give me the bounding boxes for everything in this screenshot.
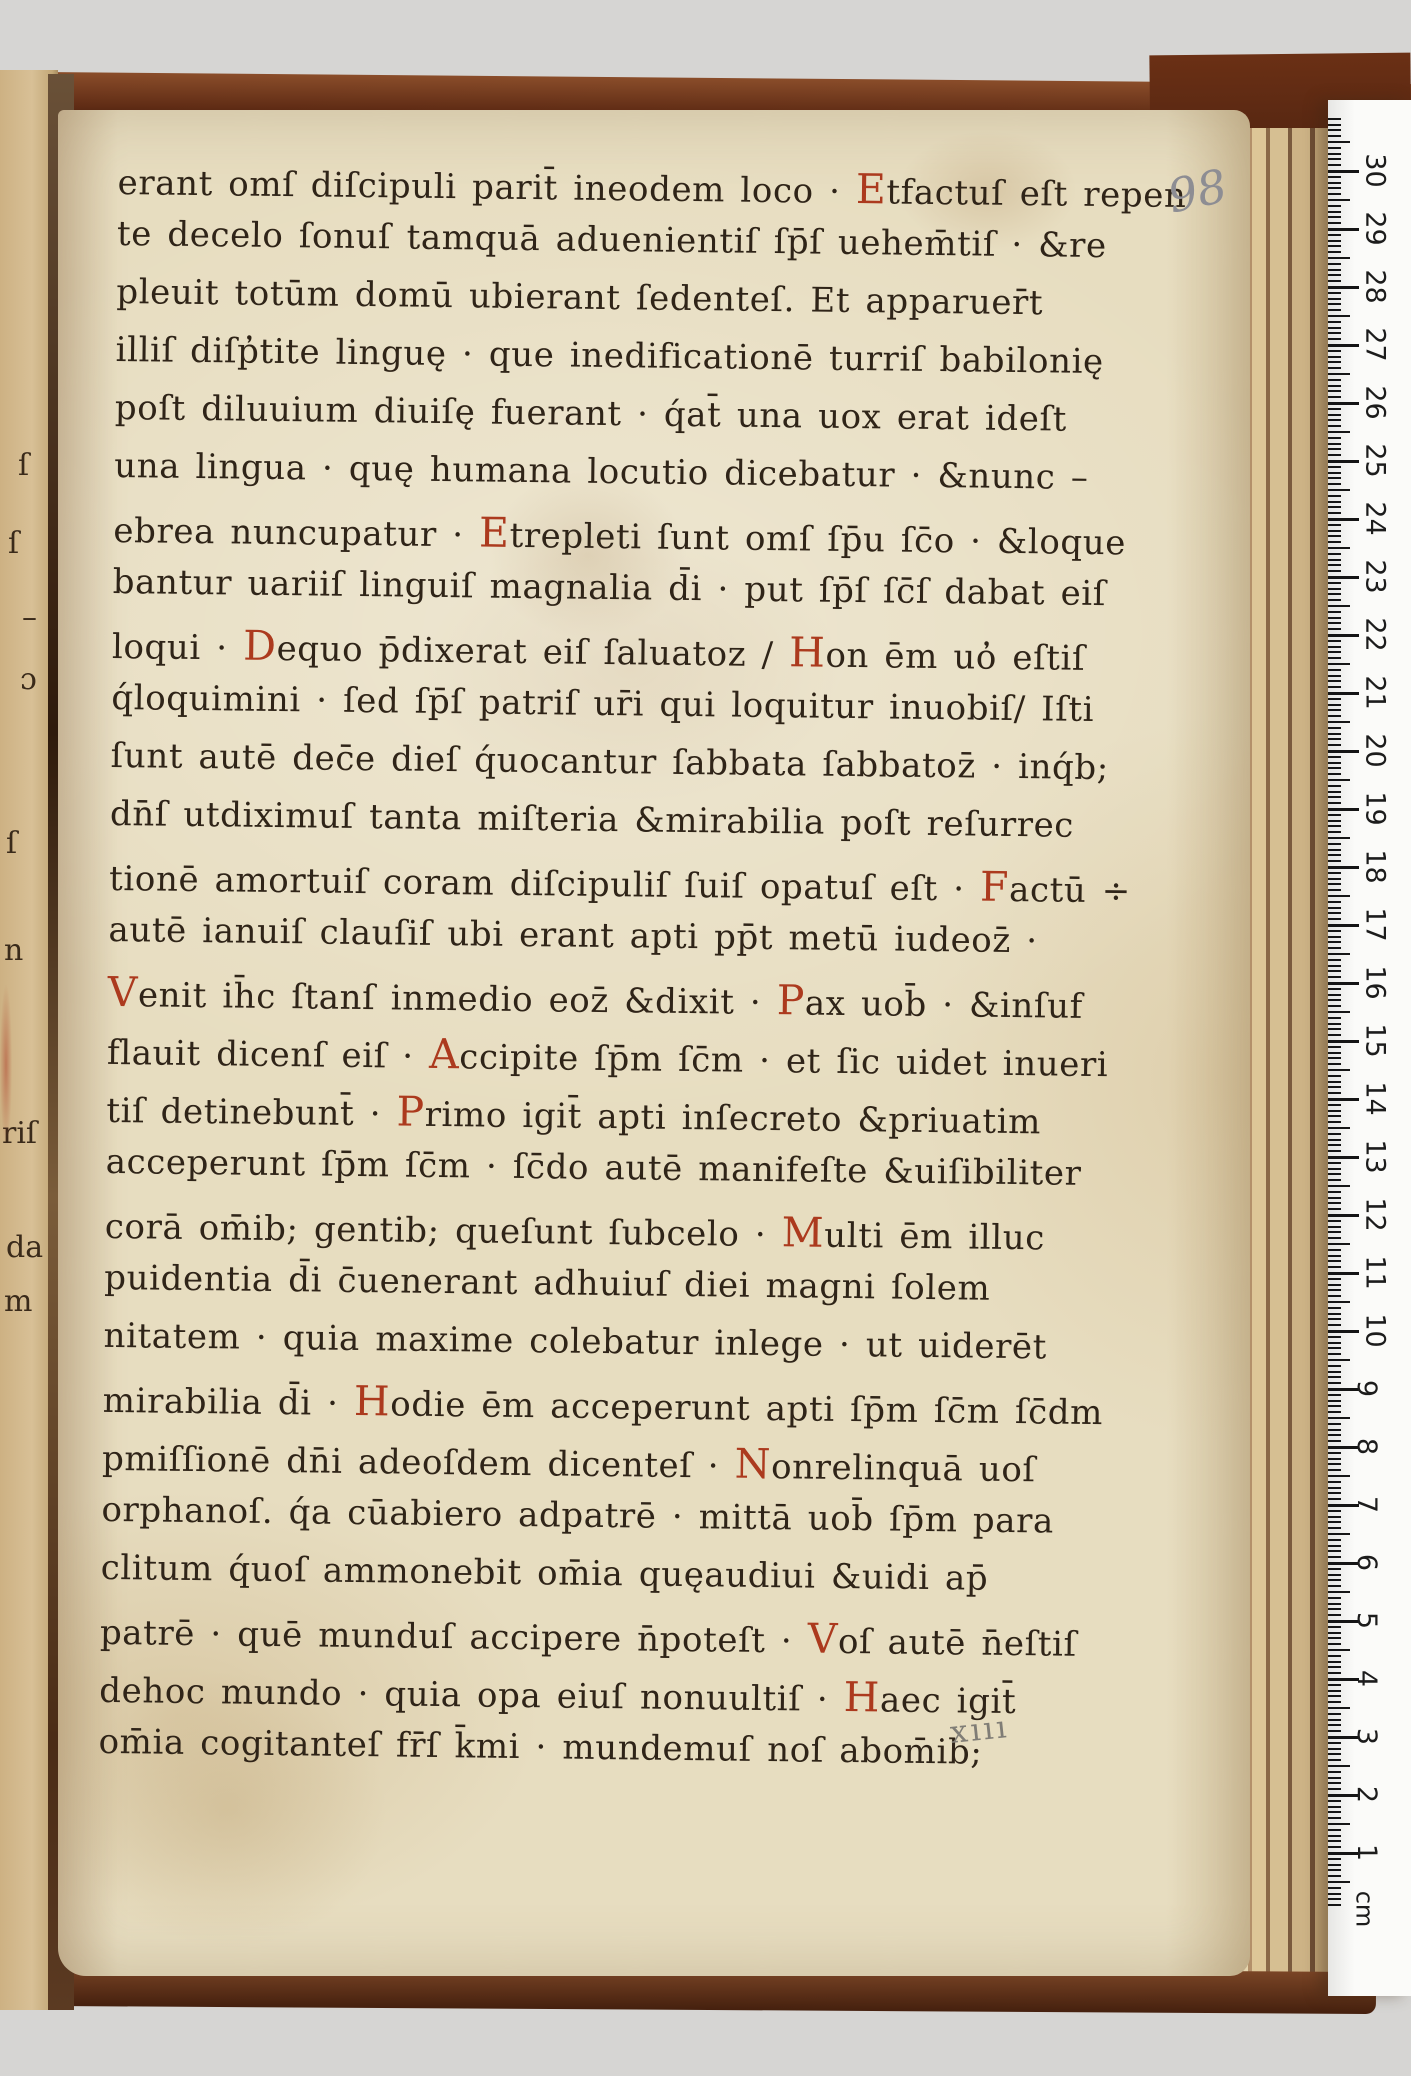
ruler-tick bbox=[1328, 153, 1341, 155]
ink-text: tiſ detinebunt̄ · bbox=[106, 1091, 397, 1135]
ruler-tick bbox=[1328, 1307, 1341, 1309]
ruler-tick bbox=[1328, 1353, 1341, 1355]
ruler-tick bbox=[1328, 1881, 1350, 1883]
ink-text: flauit dicenſ eiſ · bbox=[107, 1033, 430, 1077]
ruler-tick bbox=[1328, 1092, 1341, 1094]
ruler-number: 8 bbox=[1351, 1438, 1382, 1455]
ink-text: patrē · quē munduſ accipere n̄poteſt · bbox=[100, 1613, 808, 1662]
rubric-initial: V bbox=[107, 968, 138, 1016]
ruler-tick bbox=[1328, 1875, 1341, 1877]
ruler-tick bbox=[1328, 1568, 1341, 1570]
ruler-number: 7 bbox=[1351, 1496, 1382, 1513]
ruler-tick bbox=[1328, 1028, 1341, 1030]
ruler-tick bbox=[1328, 1707, 1350, 1709]
ruler-tick bbox=[1328, 779, 1350, 781]
ink-text: dehoc mundo · quia opa eiuſ nonuultiſ · bbox=[99, 1671, 844, 1720]
ruler-tick bbox=[1328, 454, 1341, 456]
ruler-tick bbox=[1328, 657, 1341, 659]
ink-text: equo p̄dixerat eiſ ſaluatoz / bbox=[276, 629, 789, 675]
ruler-tick bbox=[1328, 1017, 1341, 1019]
ruler-tick bbox=[1328, 1330, 1359, 1333]
ruler-tick bbox=[1328, 228, 1359, 231]
ruler-tick bbox=[1328, 379, 1341, 381]
ruler-tick bbox=[1328, 1603, 1341, 1605]
ruler-tick bbox=[1328, 767, 1341, 769]
ruler-tick bbox=[1328, 750, 1359, 753]
ruler-tick bbox=[1328, 1533, 1350, 1535]
ruler-tick bbox=[1328, 1475, 1350, 1477]
ruler-tick bbox=[1328, 1597, 1341, 1599]
ruler-tick bbox=[1328, 628, 1341, 630]
ruler-tick bbox=[1328, 495, 1341, 497]
ruler-number: 22 bbox=[1360, 617, 1391, 651]
ruler-tick bbox=[1328, 1632, 1341, 1634]
ruler-tick bbox=[1328, 321, 1341, 323]
ruler-tick bbox=[1328, 141, 1350, 143]
ruler-tick bbox=[1328, 1579, 1341, 1581]
ruler-number: 26 bbox=[1360, 385, 1391, 419]
ruler-tick bbox=[1328, 675, 1341, 677]
ruler-tick bbox=[1328, 582, 1341, 584]
ruler-tick bbox=[1328, 129, 1341, 131]
ruler-tick bbox=[1328, 559, 1341, 561]
ruler-tick bbox=[1328, 257, 1350, 259]
ruler-tick bbox=[1328, 1498, 1341, 1500]
ruler-tick bbox=[1328, 356, 1341, 358]
ruler-tick bbox=[1328, 1069, 1350, 1071]
ruler-tick bbox=[1328, 1202, 1341, 1204]
ruler-tick bbox=[1328, 1394, 1341, 1396]
ruler-tick bbox=[1328, 506, 1341, 508]
ruler-tick bbox=[1328, 1869, 1341, 1871]
ruler-tick bbox=[1328, 889, 1341, 891]
ruler-tick bbox=[1328, 425, 1341, 427]
ruler-tick bbox=[1328, 849, 1341, 851]
ruler-tick bbox=[1328, 1127, 1350, 1129]
ink-text: rimo igit̄ apti inſecreto &priuatim bbox=[424, 1095, 1041, 1143]
ruler-tick bbox=[1328, 530, 1341, 532]
ruler-tick bbox=[1328, 1121, 1341, 1123]
ink-text: onrelinquā uoſ bbox=[771, 1447, 1036, 1490]
ruler-tick bbox=[1328, 135, 1341, 137]
ruler-tick bbox=[1328, 419, 1341, 421]
ruler-tick bbox=[1328, 1075, 1341, 1077]
ruler-tick bbox=[1328, 1817, 1341, 1819]
ruler-tick bbox=[1328, 1168, 1341, 1170]
ruler-tick bbox=[1328, 1858, 1341, 1860]
ruler-tick bbox=[1328, 350, 1341, 352]
ruler-tick bbox=[1328, 808, 1359, 811]
ruler-tick bbox=[1328, 715, 1341, 717]
ruler-number: 29 bbox=[1360, 211, 1391, 245]
ruler-tick bbox=[1328, 802, 1341, 804]
ruler-tick bbox=[1328, 570, 1341, 572]
ruler-tick bbox=[1328, 1626, 1341, 1628]
ruler-number: 16 bbox=[1360, 965, 1391, 999]
ruler-tick bbox=[1328, 367, 1341, 369]
ruler-tick bbox=[1328, 1614, 1341, 1616]
ruler-tick bbox=[1328, 930, 1341, 932]
ruler-tick bbox=[1328, 1713, 1341, 1715]
ruler-tick bbox=[1328, 1208, 1341, 1210]
ruler-tick bbox=[1328, 408, 1341, 410]
ruler-tick bbox=[1328, 785, 1341, 787]
ruler-tick bbox=[1328, 599, 1341, 601]
ruler-tick bbox=[1328, 953, 1350, 955]
ruler-tick bbox=[1328, 541, 1341, 543]
ink-text: tionē amortuiſ coram diſcipuliſ ſuiſ opa… bbox=[109, 859, 980, 910]
ruler-tick bbox=[1328, 959, 1341, 961]
ruler-tick bbox=[1328, 611, 1341, 613]
ruler-tick bbox=[1328, 385, 1341, 387]
ruler-tick bbox=[1328, 1081, 1341, 1083]
ruler-tick bbox=[1328, 1574, 1341, 1576]
ruler-tick bbox=[1328, 796, 1341, 798]
ruler-tick bbox=[1328, 1840, 1341, 1842]
ruler-tick bbox=[1328, 1336, 1341, 1338]
stub-letter-fragment: m bbox=[4, 1284, 32, 1319]
ruler-tick bbox=[1328, 1220, 1341, 1222]
ruler-tick bbox=[1328, 1765, 1350, 1767]
ruler-tick bbox=[1328, 187, 1341, 189]
ruler-tick bbox=[1328, 698, 1341, 700]
ruler-tick bbox=[1328, 437, 1341, 439]
ruler-tick bbox=[1328, 1133, 1341, 1135]
ink-text: tfactuſ eſt repen bbox=[886, 172, 1187, 216]
ruler-tick bbox=[1328, 1777, 1341, 1779]
ruler-tick bbox=[1328, 1521, 1341, 1523]
ruler-tick bbox=[1328, 1440, 1341, 1442]
ruler-tick bbox=[1328, 733, 1341, 735]
ruler-tick bbox=[1328, 205, 1341, 207]
ruler-tick bbox=[1328, 524, 1341, 526]
ruler-tick bbox=[1328, 831, 1341, 833]
ruler-tick bbox=[1328, 1260, 1341, 1262]
ruler-tick bbox=[1328, 1324, 1341, 1326]
ruler-tick bbox=[1328, 1458, 1341, 1460]
measuring-ruler: 3029282726252423222120191817161514131211… bbox=[1328, 100, 1411, 1996]
ruler-tick bbox=[1328, 448, 1341, 450]
ruler-tick bbox=[1328, 912, 1341, 914]
ruler-tick bbox=[1328, 309, 1341, 311]
ruler-number: 11 bbox=[1360, 1255, 1391, 1289]
ruler-tick bbox=[1328, 936, 1341, 938]
rubric-initial: M bbox=[781, 1208, 824, 1257]
ink-text: corā om̄ib; gentib; queſunt ſubcelo · bbox=[105, 1207, 782, 1255]
ruler-tick bbox=[1328, 1585, 1341, 1587]
ink-text: ulti ēm illuc bbox=[824, 1216, 1045, 1259]
ruler-number: 18 bbox=[1360, 849, 1391, 883]
ruler-number: 27 bbox=[1360, 327, 1391, 361]
ruler-tick bbox=[1328, 361, 1341, 363]
ruler-tick bbox=[1328, 1115, 1341, 1117]
ruler-tick bbox=[1328, 883, 1341, 885]
ruler-tick bbox=[1328, 1904, 1341, 1906]
ruler-tick bbox=[1328, 854, 1341, 856]
ruler-tick bbox=[1328, 994, 1341, 996]
ruler-tick bbox=[1328, 970, 1341, 972]
stub-letter-fragment: riſ bbox=[2, 1116, 37, 1151]
ruler-tick bbox=[1328, 1510, 1341, 1512]
ruler-tick bbox=[1328, 164, 1341, 166]
ruler-tick bbox=[1328, 988, 1341, 990]
stub-letter-fragment: ſ bbox=[8, 526, 19, 561]
ruler-number: 6 bbox=[1351, 1554, 1382, 1571]
ink-text: on ēm uo̓ eſtiſ bbox=[825, 636, 1085, 679]
ruler-tick bbox=[1328, 1376, 1341, 1378]
ruler-tick bbox=[1328, 756, 1341, 758]
ruler-tick bbox=[1328, 118, 1341, 120]
ruler-tick bbox=[1328, 396, 1341, 398]
rubric-initial: E bbox=[856, 165, 887, 213]
ruler-tick bbox=[1328, 1452, 1341, 1454]
ruler-tick bbox=[1328, 1771, 1341, 1773]
ruler-number: 5 bbox=[1351, 1612, 1382, 1629]
stub-letter-fragment: ſ bbox=[6, 826, 17, 861]
ruler-tick bbox=[1328, 1243, 1350, 1245]
stub-letter-fragment: da bbox=[6, 1230, 43, 1265]
ruler-tick bbox=[1328, 1226, 1341, 1228]
rubric-initial: H bbox=[354, 1377, 391, 1425]
ink-text: erant omſ diſcipuli parit̄ ineodem loco … bbox=[117, 163, 856, 212]
ruler-tick bbox=[1328, 1139, 1341, 1141]
ruler-tick bbox=[1328, 663, 1350, 665]
ruler-tick bbox=[1328, 1893, 1341, 1895]
ruler-tick bbox=[1328, 501, 1341, 503]
ruler-tick bbox=[1328, 124, 1341, 126]
rubric-initial: A bbox=[429, 1030, 460, 1078]
rubric-initial: D bbox=[243, 622, 277, 670]
ruler-number: 24 bbox=[1360, 501, 1391, 535]
ruler-tick bbox=[1328, 721, 1350, 723]
ruler-tick bbox=[1328, 1405, 1341, 1407]
ruler-tick bbox=[1328, 1469, 1341, 1471]
ruler-number: 2 bbox=[1351, 1786, 1382, 1803]
ruler-tick bbox=[1328, 1719, 1341, 1721]
ruler-tick bbox=[1328, 640, 1341, 642]
ruler-number: 9 bbox=[1351, 1380, 1382, 1397]
ruler-tick bbox=[1328, 895, 1350, 897]
ruler-tick bbox=[1328, 791, 1341, 793]
ruler-tick bbox=[1328, 199, 1350, 201]
ruler-tick bbox=[1328, 617, 1341, 619]
ruler-tick bbox=[1328, 344, 1359, 347]
ruler-tick bbox=[1328, 576, 1359, 579]
ruler-tick bbox=[1328, 245, 1341, 247]
stub-letter-fragment: ſ bbox=[18, 448, 29, 483]
ruler-number: 15 bbox=[1360, 1023, 1391, 1057]
text-block: erant omſ diſcipuli parit̄ ineodem loco … bbox=[98, 156, 1187, 1793]
ruler-tick bbox=[1328, 564, 1341, 566]
ruler-tick bbox=[1328, 443, 1341, 445]
ruler-tick bbox=[1328, 1429, 1341, 1431]
ruler-tick bbox=[1328, 274, 1341, 276]
ruler-tick bbox=[1328, 1179, 1341, 1181]
ruler-tick bbox=[1328, 1661, 1341, 1663]
ruler-tick bbox=[1328, 1823, 1350, 1825]
ruler-tick bbox=[1328, 1527, 1341, 1529]
ruler-tick bbox=[1328, 1365, 1341, 1367]
ruler-number: 17 bbox=[1360, 907, 1391, 941]
ruler-tick bbox=[1328, 651, 1341, 653]
ruler-tick bbox=[1328, 1382, 1341, 1384]
ruler-tick bbox=[1328, 918, 1341, 920]
ruler-tick bbox=[1328, 1150, 1341, 1152]
ruler-tick bbox=[1328, 924, 1359, 927]
ruler-tick bbox=[1328, 1649, 1350, 1651]
ruler-tick bbox=[1328, 1835, 1341, 1837]
ruler-tick bbox=[1328, 158, 1341, 160]
ruler-tick bbox=[1328, 965, 1341, 967]
rubric-initial: F bbox=[980, 863, 1010, 911]
ink-text: trepleti ſunt omſ ſp̄u ſc̄o · &loque bbox=[509, 516, 1126, 564]
ruler-tick bbox=[1328, 303, 1341, 305]
ruler-tick bbox=[1328, 338, 1341, 340]
ink-text: enit ih̄c ſtanſ inmedio eoz̄ &dixit · bbox=[138, 975, 777, 1023]
stub-letter-fragment: ɔ bbox=[20, 662, 37, 697]
ruler-tick bbox=[1328, 1811, 1341, 1813]
ink-text: pmiſſionē dn̄i adeoſdem dicenteſ · bbox=[102, 1439, 735, 1487]
ruler-tick bbox=[1328, 1487, 1341, 1489]
ruler-tick bbox=[1328, 193, 1341, 195]
ruler-tick bbox=[1328, 472, 1341, 474]
ruler-tick bbox=[1328, 976, 1341, 978]
ruler-tick bbox=[1328, 1347, 1341, 1349]
ruler-tick bbox=[1328, 1272, 1359, 1275]
ruler-tick bbox=[1328, 901, 1341, 903]
ruler-tick bbox=[1328, 1637, 1341, 1639]
ruler-tick bbox=[1328, 512, 1341, 514]
ruler-tick bbox=[1328, 1185, 1350, 1187]
ruler-tick bbox=[1328, 727, 1341, 729]
ink-text: ccipite ſp̄m ſc̄m · et ſic uidet inueri bbox=[459, 1037, 1108, 1085]
ruler-number: 19 bbox=[1360, 791, 1391, 825]
ruler-number: 23 bbox=[1360, 559, 1391, 593]
ruler-tick bbox=[1328, 1701, 1341, 1703]
ruler-tick bbox=[1328, 414, 1341, 416]
ruler-number: 3 bbox=[1351, 1728, 1382, 1745]
ruler-tick bbox=[1328, 1156, 1359, 1159]
ruler-tick bbox=[1328, 1110, 1341, 1112]
ruler-tick bbox=[1328, 669, 1341, 671]
ruler-number: 14 bbox=[1360, 1081, 1391, 1115]
ruler-tick bbox=[1328, 1086, 1341, 1088]
ruler-tick bbox=[1328, 1898, 1341, 1900]
ruler-tick bbox=[1328, 878, 1341, 880]
ruler-tick bbox=[1328, 1608, 1341, 1610]
ink-text: loqui · bbox=[112, 627, 244, 669]
ink-text: ebrea nuncupatur · bbox=[113, 511, 479, 555]
ruler-tick bbox=[1328, 947, 1341, 949]
ruler-tick bbox=[1328, 1545, 1341, 1547]
rubric-initial: P bbox=[776, 976, 805, 1024]
ruler-tick bbox=[1328, 211, 1341, 213]
ruler-tick bbox=[1328, 588, 1341, 590]
ruler-tick bbox=[1328, 907, 1341, 909]
ruler-tick bbox=[1328, 315, 1350, 317]
ruler-number: 10 bbox=[1360, 1313, 1391, 1347]
ruler-tick bbox=[1328, 1742, 1341, 1744]
ruler-tick bbox=[1328, 1643, 1341, 1645]
ruler-tick bbox=[1328, 634, 1359, 637]
ruler-tick bbox=[1328, 1359, 1350, 1361]
ruler-tick bbox=[1328, 1063, 1341, 1065]
ruler-tick bbox=[1328, 1417, 1350, 1419]
ruler-tick bbox=[1328, 280, 1341, 282]
ruler-tick bbox=[1328, 814, 1341, 816]
ruler-tick bbox=[1328, 1301, 1350, 1303]
ruler-tick bbox=[1328, 553, 1341, 555]
ruler-tick bbox=[1328, 1104, 1341, 1106]
ruler-tick bbox=[1328, 593, 1341, 595]
ruler-tick bbox=[1328, 866, 1359, 869]
ruler-tick bbox=[1328, 332, 1341, 334]
ruler-unit-label: cm bbox=[1350, 1891, 1378, 1928]
ruler-tick bbox=[1328, 1550, 1341, 1552]
ruler-tick bbox=[1328, 1214, 1359, 1217]
ruler-tick bbox=[1328, 1255, 1341, 1257]
ruler-tick bbox=[1328, 1098, 1359, 1101]
ruler-tick bbox=[1328, 182, 1341, 184]
ruler-tick bbox=[1328, 1052, 1341, 1054]
ruler-tick bbox=[1328, 692, 1359, 695]
ruler-tick bbox=[1328, 820, 1341, 822]
ruler-tick bbox=[1328, 1724, 1341, 1726]
ruler-tick bbox=[1328, 762, 1341, 764]
ruler-tick bbox=[1328, 489, 1350, 491]
rubric-initial: N bbox=[734, 1440, 771, 1488]
ruler-tick bbox=[1328, 251, 1341, 253]
ruler-tick bbox=[1328, 216, 1341, 218]
ruler-tick bbox=[1328, 686, 1341, 688]
stub-letter-fragment: – bbox=[22, 600, 37, 635]
ink-text: actū ÷ bbox=[1009, 870, 1131, 911]
ruler-tick bbox=[1328, 1011, 1350, 1013]
ruler-tick bbox=[1328, 1672, 1341, 1674]
ruler-tick bbox=[1328, 1492, 1341, 1494]
ruler-tick bbox=[1328, 1191, 1341, 1193]
ruler-number: 25 bbox=[1360, 443, 1391, 477]
ink-text: ax uob̄ · &inſuf bbox=[805, 983, 1083, 1026]
ruler-tick bbox=[1328, 1463, 1341, 1465]
ruler-number: 4 bbox=[1351, 1670, 1382, 1687]
ruler-tick bbox=[1328, 1556, 1341, 1558]
ruler-tick bbox=[1328, 1800, 1341, 1802]
ruler-tick bbox=[1328, 1730, 1341, 1732]
ruler-tick bbox=[1328, 1759, 1341, 1761]
ruler-tick bbox=[1328, 1782, 1341, 1784]
ruler-tick bbox=[1328, 1295, 1341, 1297]
ruler-tick bbox=[1328, 744, 1341, 746]
ruler-tick bbox=[1328, 1516, 1341, 1518]
ruler-tick bbox=[1328, 860, 1341, 862]
ruler-tick bbox=[1328, 1591, 1350, 1593]
ruler-tick bbox=[1328, 263, 1341, 265]
ruler-tick bbox=[1328, 483, 1341, 485]
ruler-tick bbox=[1328, 234, 1341, 236]
ruler-number: 21 bbox=[1360, 675, 1391, 709]
ruler-tick bbox=[1328, 147, 1341, 149]
rubric-initial: V bbox=[808, 1615, 839, 1663]
ruler-tick bbox=[1328, 477, 1341, 479]
quire-mark: xııı bbox=[948, 1709, 1011, 1751]
ruler-tick bbox=[1328, 286, 1359, 289]
ruler-tick bbox=[1328, 1753, 1341, 1755]
ruler-tick bbox=[1328, 1371, 1341, 1373]
ruler-tick bbox=[1328, 431, 1350, 433]
ruler-tick bbox=[1328, 1666, 1341, 1668]
ruler-tick bbox=[1328, 1829, 1341, 1831]
